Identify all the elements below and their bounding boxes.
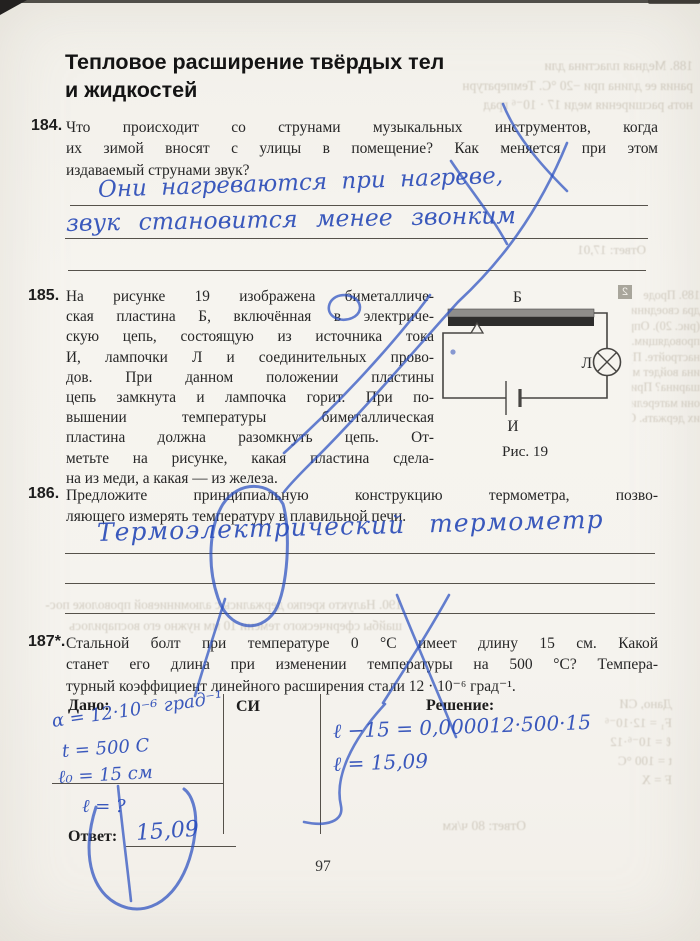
section-title: Тепловое расширение твёрдых тел и жидкос…: [65, 48, 444, 104]
figure-caption: Рис. 19: [502, 443, 548, 460]
section-title-line2: и жидкостей: [65, 76, 444, 104]
handwritten-answer-184-line2: звук становится менее звонким: [66, 201, 516, 237]
answer-rule: [65, 238, 648, 239]
bleedthrough-ans-bottom: Ответ: 80 ч/км: [396, 818, 526, 834]
lamp-label: Л: [581, 355, 592, 372]
problem-187-text: Стальной болт при температуре 0 °C имеет…: [66, 633, 658, 697]
answer-label: Ответ:: [68, 828, 117, 846]
page-number: 97: [305, 858, 341, 876]
scan-corner-artifact: [0, 0, 27, 15]
problem-185-number: 185.: [28, 287, 59, 305]
si-label: СИ: [236, 698, 260, 716]
bimetal-plate-top-layer: [448, 309, 594, 317]
battery-label: И: [507, 418, 518, 435]
table-divider: [223, 694, 224, 834]
answer-rule: [126, 846, 236, 847]
bleedthrough-top: 188. Медная пластина дли рания ее длина …: [437, 56, 693, 115]
bleedthrough-solution: Дано, СИ F₁ = 12·10⁻⁶ ℓ = 10⁻⁶·12 t = 10…: [540, 694, 672, 789]
handwritten-solution-line2: ℓ = 15,09: [333, 749, 429, 777]
answer-rule: [68, 270, 646, 271]
handwritten-given-find: ℓ = ?: [82, 796, 126, 817]
answer-rule: [65, 583, 655, 584]
scan-edge-strip: [0, 0, 700, 3]
problem-187-number: 187*.: [28, 633, 65, 651]
plate-label: Б: [513, 289, 522, 306]
lamp-cross: [598, 353, 617, 372]
handwritten-final-answer: 15,09: [135, 817, 200, 846]
workbook-scanned-page: 188. Медная пластина дли рания ее длина …: [0, 0, 700, 941]
bleedthrough-ans184: Ответ: 17,01: [534, 242, 646, 258]
answer-rule: [65, 613, 655, 614]
section-title-line1: Тепловое расширение твёрдых тел: [65, 48, 444, 76]
answer-rule: [65, 553, 655, 554]
circuit-figure: Б Л И Рис. 19: [436, 280, 700, 465]
table-divider: [320, 694, 321, 834]
problem-186-number: 186.: [28, 485, 59, 503]
scan-corner-smudge: [648, 0, 700, 4]
handwritten-given-t: t = 500 C: [61, 735, 150, 762]
solution-label: Решение:: [426, 697, 494, 715]
problem-185-text: На рисунке 19 изображена биметалличе- ск…: [66, 287, 434, 489]
bleedthrough-mid: 190. Налукто крепко держались с алюминие…: [30, 594, 402, 636]
problem-184-number: 184.: [31, 117, 62, 135]
bimetal-plate-bottom-layer: [448, 317, 594, 326]
